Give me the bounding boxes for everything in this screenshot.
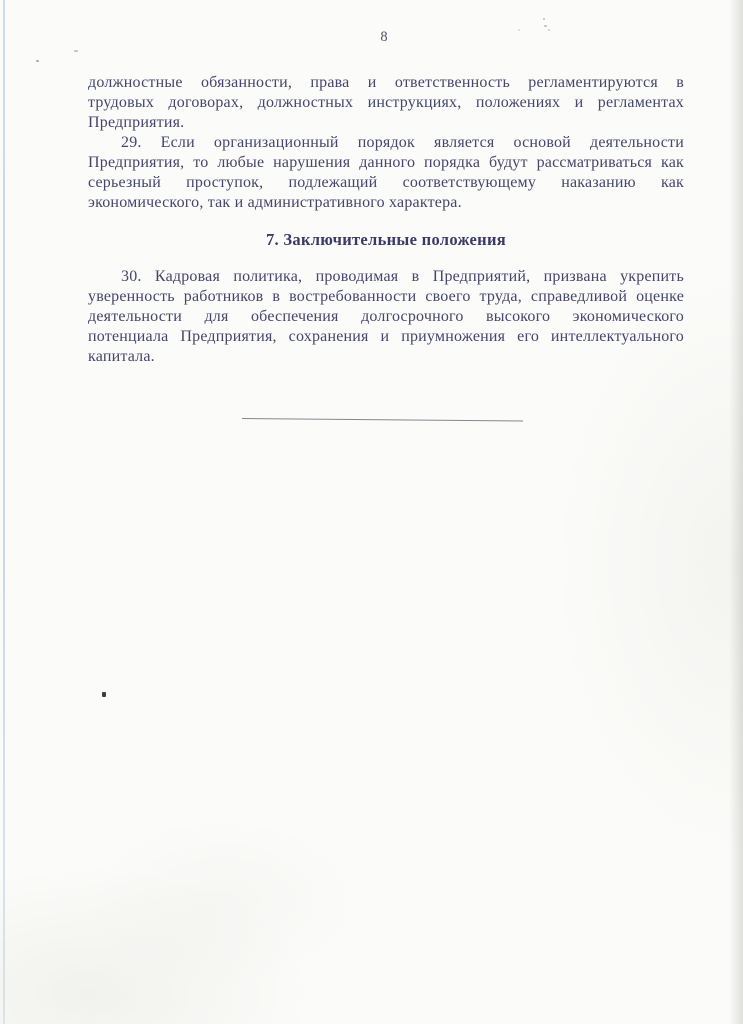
paragraph-line: капитала. bbox=[88, 347, 684, 367]
scanned-page: 8 должностные обязанности, права и ответ… bbox=[0, 0, 743, 1024]
scan-speck-artifact bbox=[518, 29, 520, 31]
page-number: 8 bbox=[374, 29, 394, 45]
paragraph: должностные обязанности, права и ответст… bbox=[88, 73, 684, 133]
paragraph-line: 29. Если организационный порядок являетс… bbox=[88, 133, 684, 153]
scan-speck-artifact bbox=[548, 29, 550, 31]
paragraph: 30. Кадровая политика, проводимая в Пред… bbox=[88, 267, 684, 367]
scan-speck-artifact bbox=[544, 25, 547, 27]
paragraph-line: должностные обязанности, права и ответст… bbox=[88, 73, 684, 93]
paragraph-line: потенциала Предприятия, сохранения и при… bbox=[88, 327, 684, 347]
section-heading: 7. Заключительные положения bbox=[88, 230, 684, 250]
scan-left-edge bbox=[3, 0, 5, 1024]
scan-speck-artifact bbox=[102, 692, 106, 697]
paragraph: 29. Если организационный порядок являетс… bbox=[88, 133, 684, 213]
document-content: должностные обязанности, права и ответст… bbox=[88, 73, 684, 367]
paragraph-line: серьезный проступок, подлежащий соответс… bbox=[88, 173, 684, 193]
scan-speck-artifact bbox=[543, 18, 545, 20]
signature-line bbox=[242, 418, 523, 421]
paragraph-line: 30. Кадровая политика, проводимая в Пред… bbox=[88, 267, 684, 287]
paragraph-line: деятельности для обеспечения долгосрочно… bbox=[88, 307, 684, 327]
paragraph-line: уверенность работников в востребованност… bbox=[88, 287, 684, 307]
scan-speck-artifact bbox=[74, 50, 78, 52]
paragraph-line: Предприятия. bbox=[88, 113, 684, 133]
paragraph-line: трудовых договорах, должностных инструкц… bbox=[88, 93, 684, 113]
scan-speck-artifact bbox=[36, 60, 39, 62]
scan-right-edge bbox=[729, 0, 743, 1024]
paragraph-line: Предприятия, то любые нарушения данного … bbox=[88, 153, 684, 173]
paragraph-line: экономического, так и административного … bbox=[88, 193, 684, 213]
